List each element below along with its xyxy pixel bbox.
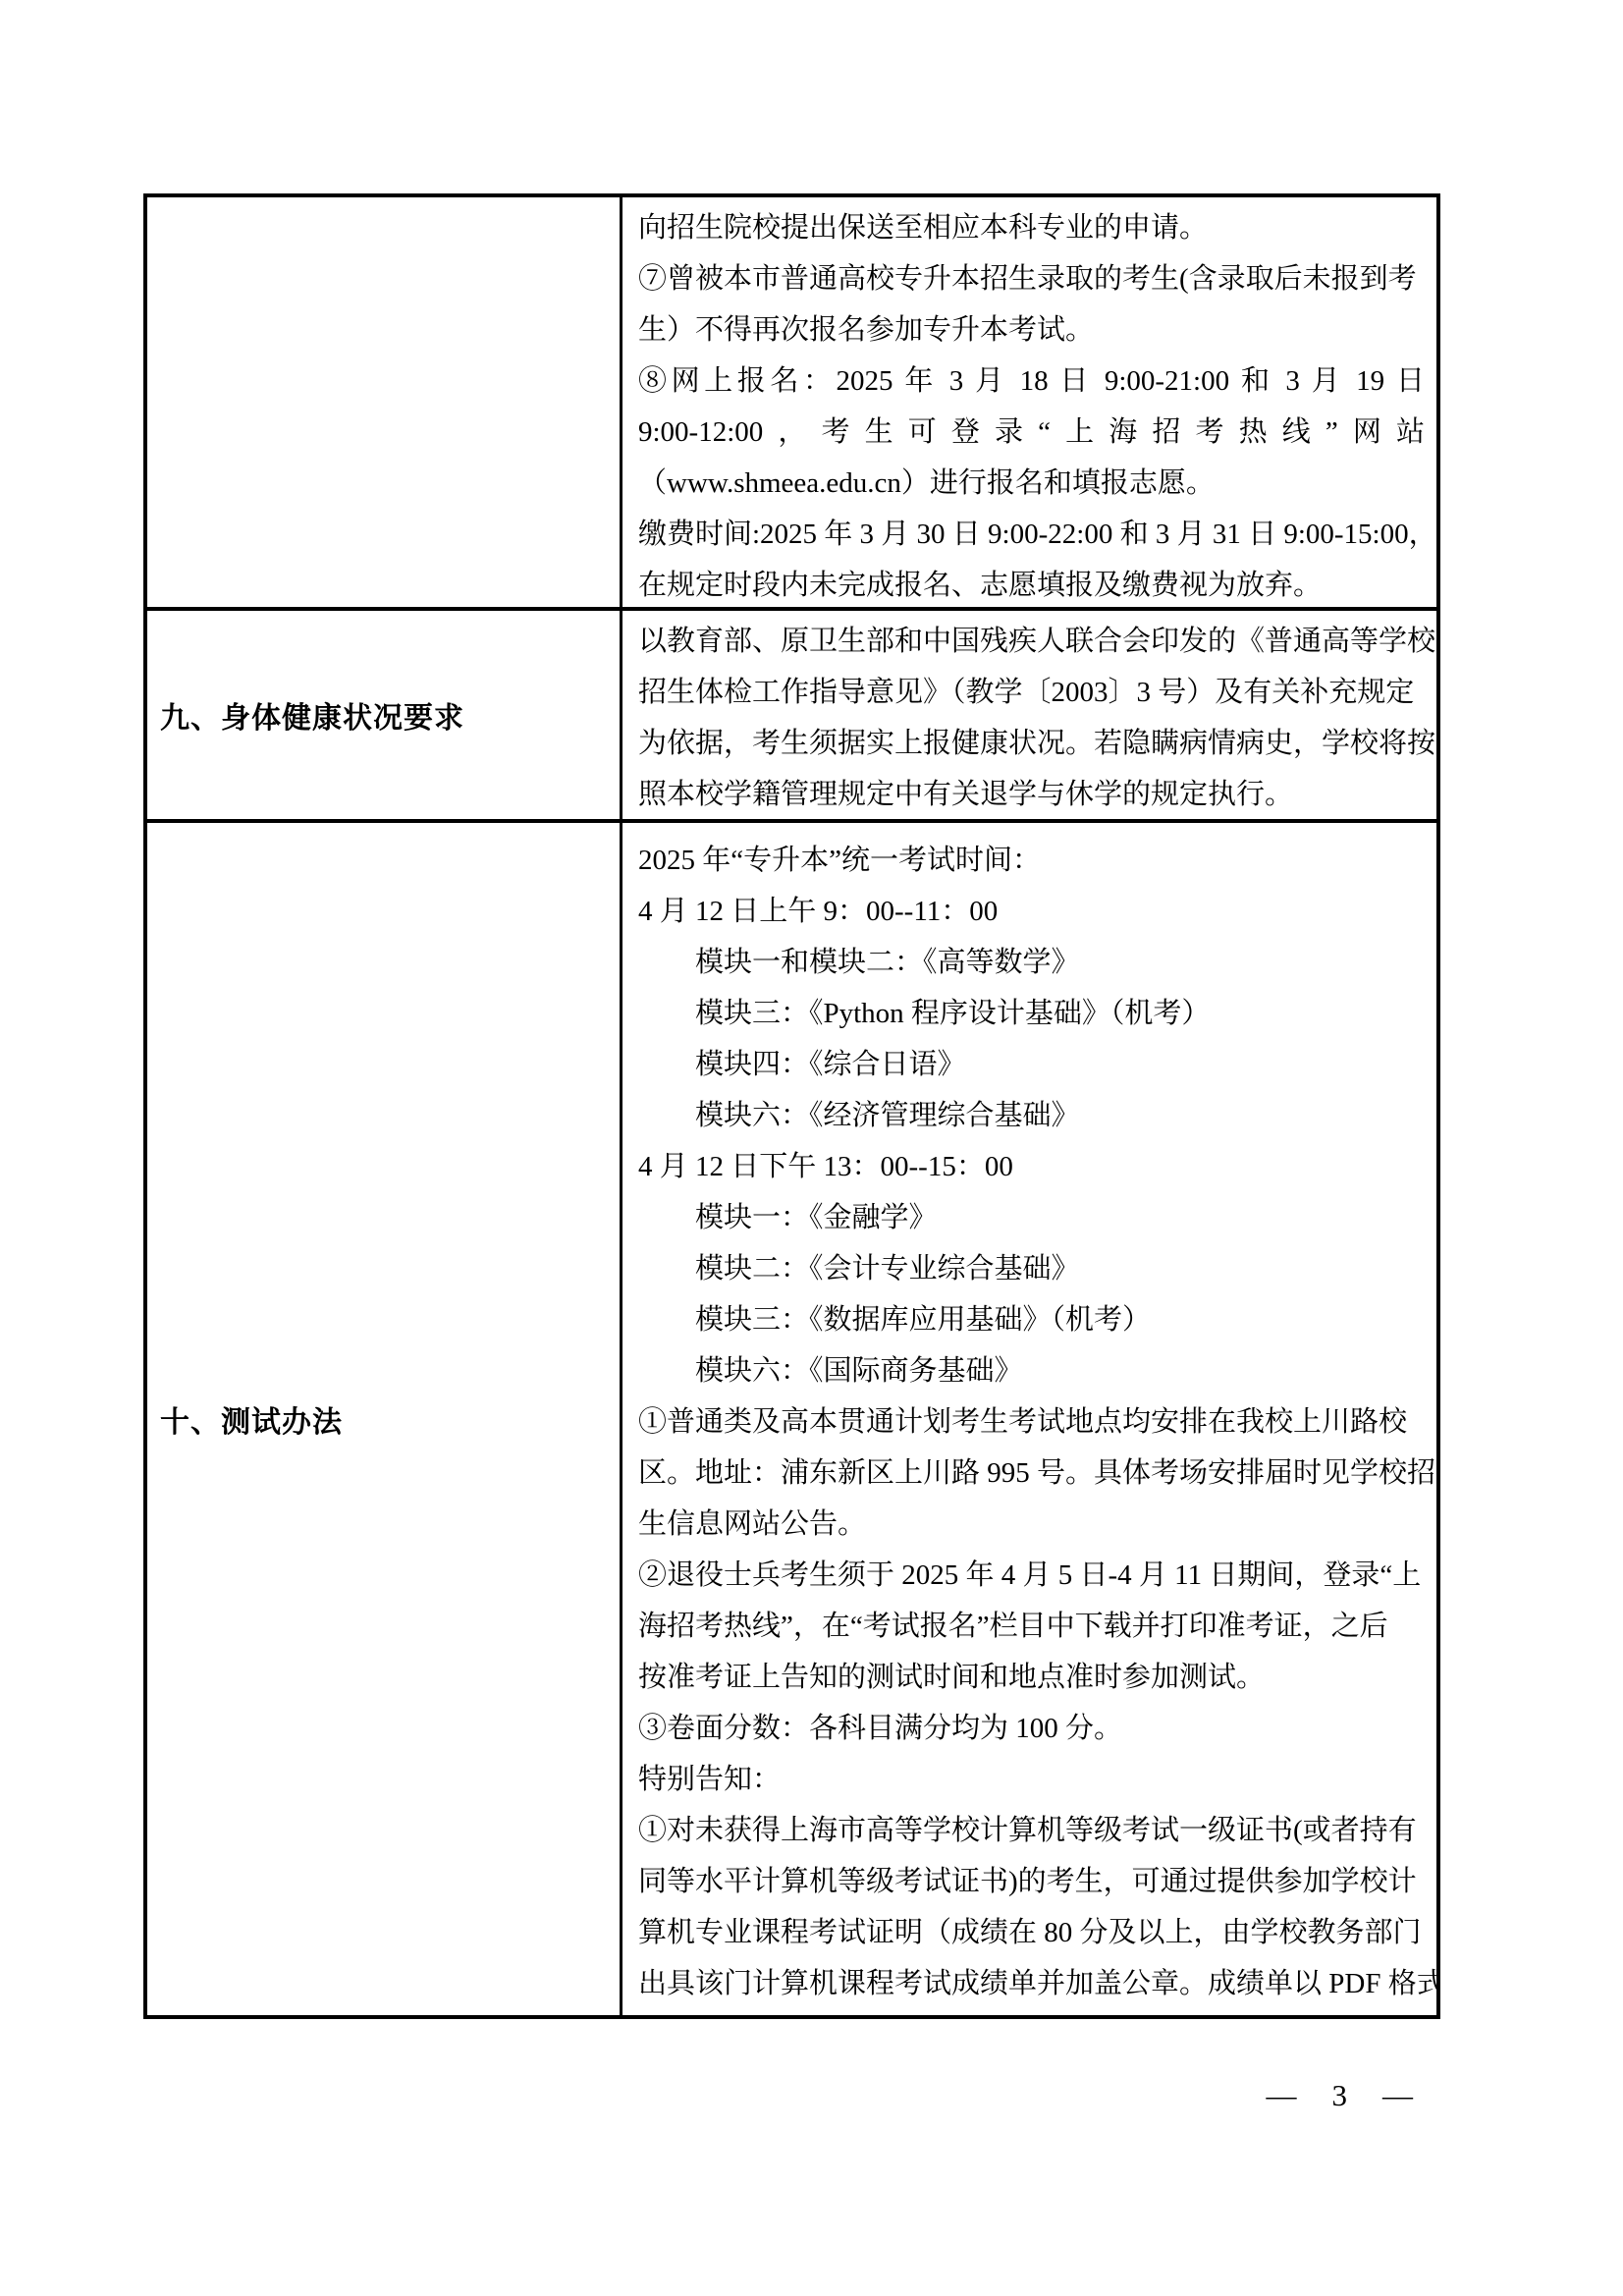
admissions-info-table: 向招生院校提出保送至相应本科专业的申请。 ⑦曾被本市普通高校专升本招生录取的考生…: [143, 193, 1440, 2019]
text-line: 模块三：《Python 程序设计基础》（机考）: [638, 988, 1425, 1039]
row-3-label-cell: 十、测试办法: [147, 823, 622, 2015]
page-footer: —3—: [0, 2076, 1413, 2115]
text-line: 同等水平计算机等级考试证书)的考生，可通过提供参加学校计: [638, 1856, 1425, 1907]
text-line: 4 月 12 日上午 9：00--11：00: [638, 886, 1425, 937]
text-line: （www.shmeea.edu.cn）进行报名和填报志愿。: [638, 458, 1425, 509]
text-line: 招生体检工作指导意见》（教学〔2003〕3 号）及有关补充规定: [638, 667, 1425, 718]
text-line: 算机专业课程考试证明（成绩在 80 分及以上，由学校教务部门: [638, 1907, 1425, 1958]
row-1-label-cell: [147, 197, 622, 611]
text-line: 4 月 12 日下午 13：00--15：00: [638, 1141, 1425, 1192]
text-line: 向招生院校提出保送至相应本科专业的申请。: [638, 202, 1425, 253]
text-line: 在规定时段内未完成报名、志愿填报及缴费视为放弃。: [638, 560, 1425, 611]
text-line: 模块二：《会计专业综合基础》: [638, 1243, 1425, 1294]
row-2-label-cell: 九、身体健康状况要求: [147, 611, 622, 823]
text-line: 模块一和模块二：《高等数学》: [638, 937, 1425, 988]
text-line: ①普通类及高本贯通计划考生考试地点均安排在我校上川路校: [638, 1396, 1425, 1448]
text-line: 缴费时间:2025 年 3 月 30 日 9:00-22:00 和 3 月 31…: [638, 509, 1425, 560]
text-line: 照本校学籍管理规定中有关退学与休学的规定执行。: [638, 769, 1425, 820]
text-line: 模块六：《国际商务基础》: [638, 1345, 1425, 1396]
row-1-content-cell: 向招生院校提出保送至相应本科专业的申请。 ⑦曾被本市普通高校专升本招生录取的考生…: [622, 197, 1436, 611]
text-line: 9:00-12:00，考生可登录“上海招考热线”网站: [638, 407, 1425, 458]
text-line: ③卷面分数：各科目满分均为 100 分。: [638, 1703, 1425, 1754]
text-line: 按准考证上告知的测试时间和地点准时参加测试。: [638, 1652, 1425, 1703]
row-3-content-cell: 2025 年“专升本”统一考试时间： 4 月 12 日上午 9：00--11：0…: [622, 823, 1436, 2015]
row-2-label: 九、身体健康状况要求: [160, 693, 464, 737]
text-line: 以教育部、原卫生部和中国残疾人联合会印发的《普通高等学校: [638, 616, 1425, 667]
footer-left-dash: —: [1267, 2078, 1297, 2112]
text-line: 2025 年“专升本”统一考试时间：: [638, 835, 1425, 886]
row-2-content-cell: 以教育部、原卫生部和中国残疾人联合会印发的《普通高等学校 招生体检工作指导意见》…: [622, 611, 1436, 823]
text-line: 生信息网站公告。: [638, 1499, 1425, 1550]
text-line: 出具该门计算机课程考试成绩单并加盖公章。成绩单以 PDF 格式: [638, 1958, 1425, 2009]
text-line: ⑧网上报名：2025 年 3 月 18 日 9:00-21:00 和 3 月 1…: [638, 355, 1425, 407]
text-line: 区。地址：浦东新区上川路 995 号。具体考场安排届时见学校招: [638, 1448, 1425, 1499]
page-number: 3: [1332, 2076, 1348, 2115]
row-3-label: 十、测试办法: [160, 1397, 343, 1441]
text-line: 模块一：《金融学》: [638, 1192, 1425, 1243]
text-line: 为依据，考生须据实上报健康状况。若隐瞒病情病史，学校将按: [638, 718, 1425, 769]
text-line: 海招考热线”，在“考试报名”栏目中下载并打印准考证，之后: [638, 1601, 1425, 1652]
text-line: ⑦曾被本市普通高校专升本招生录取的考生(含录取后未报到考: [638, 253, 1425, 304]
text-line: 特别告知：: [638, 1754, 1425, 1805]
text-line: 模块四：《综合日语》: [638, 1039, 1425, 1090]
text-line: ①对未获得上海市高等学校计算机等级考试一级证书(或者持有: [638, 1805, 1425, 1856]
text-line: ②退役士兵考生须于 2025 年 4 月 5 日-4 月 11 日期间，登录“上: [638, 1550, 1425, 1601]
text-line: 模块三：《数据库应用基础》（机考）: [638, 1294, 1425, 1345]
text-line: 模块六：《经济管理综合基础》: [638, 1090, 1425, 1141]
footer-right-dash: —: [1382, 2078, 1413, 2112]
text-line: 生）不得再次报名参加专升本考试。: [638, 304, 1425, 355]
